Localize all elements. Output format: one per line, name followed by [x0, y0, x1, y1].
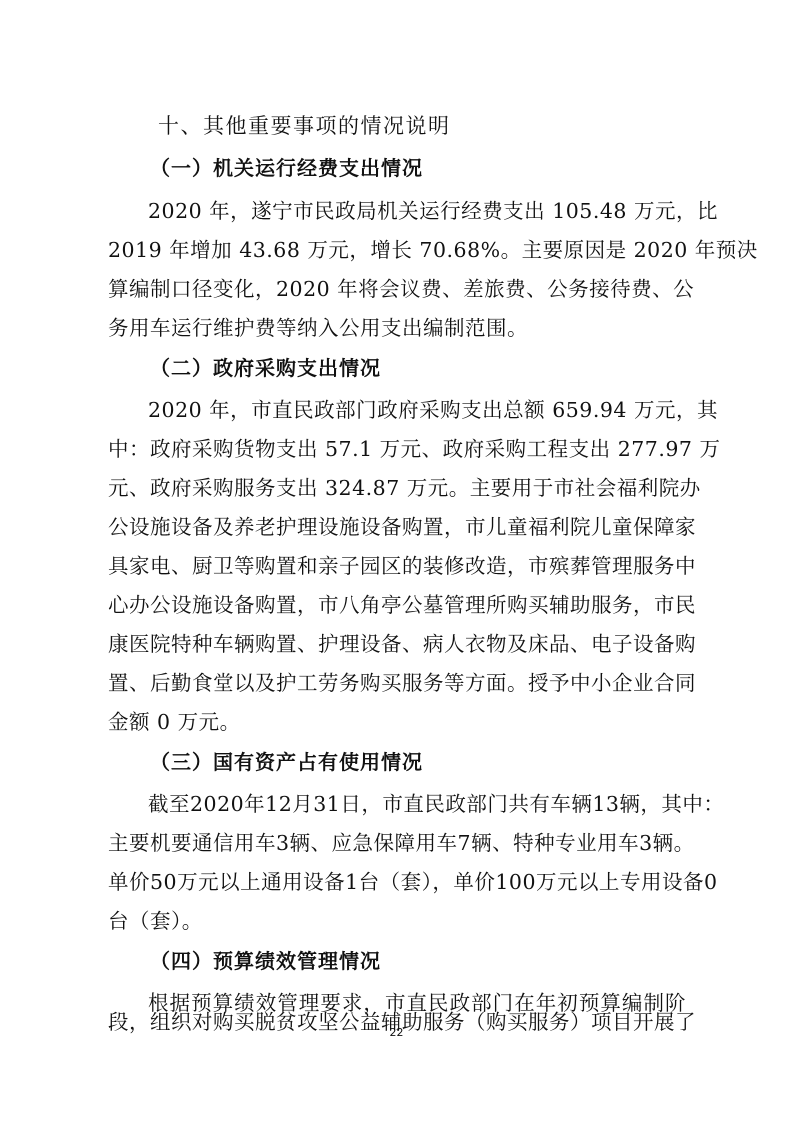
paragraph-line: 台（套）。 [108, 907, 686, 935]
paragraph-line: 元、政府采购服务支出 324.87 万元。主要用于市社会福利院办 [108, 474, 686, 502]
paragraph-line: 心办公设施设备购置，市八角亭公墓管理所购买辅助服务，市民 [108, 591, 686, 619]
document-page: 十、其他重要事项的情况说明 （一）机关运行经费支出情况 2020 年，遂宁市民政… [0, 0, 793, 1122]
section-title: 十、其他重要事项的情况说明 [158, 112, 451, 140]
paragraph-line: 公设施设备及养老护理设施设备购置，市儿童福利院儿童保障家 [108, 513, 686, 541]
paragraph-line: 截至2020年12月31日，市直民政部门共有车辆13辆，其中： [148, 790, 686, 818]
paragraph-line: 金额 0 万元。 [108, 708, 686, 736]
subsection-heading-4: （四）预算绩效管理情况 [150, 947, 381, 975]
subsection-heading-3: （三）国有资产占有使用情况 [150, 748, 423, 776]
paragraph-line: 单价50万元以上通用设备1台（套），单价100万元以上专用设备0 [108, 868, 686, 896]
paragraph-line: 主要机要通信用车3辆、应急保障用车7辆、特种专业用车3辆。 [108, 829, 686, 857]
paragraph-line: 2020 年，遂宁市民政局机关运行经费支出 105.48 万元，比 [148, 197, 686, 225]
paragraph-line: 具家电、厨卫等购置和亲子园区的装修改造，市殡葬管理服务中 [108, 552, 686, 580]
paragraph-line: 中：政府采购货物支出 57.1 万元、政府采购工程支出 277.97 万 [108, 435, 686, 463]
subsection-heading-2: （二）政府采购支出情况 [150, 354, 381, 382]
paragraph-line: 算编制口径变化，2020 年将会议费、差旅费、公务接待费、公 [108, 275, 686, 303]
paragraph-line: 2020 年，市直民政部门政府采购支出总额 659.94 万元，其 [148, 396, 686, 424]
paragraph-line: 2019 年增加 43.68 万元，增长 70.68%。主要原因是 2020 年… [108, 236, 686, 264]
subsection-heading-1: （一）机关运行经费支出情况 [150, 154, 423, 182]
page-number: 22 [0, 1026, 793, 1040]
paragraph-line: 务用车运行维护费等纳入公用支出编制范围。 [108, 314, 686, 342]
paragraph-line: 康医院特种车辆购置、护理设备、病人衣物及床品、电子设备购 [108, 630, 686, 658]
paragraph-line: 置、后勤食堂以及护工劳务购买服务等方面。授予中小企业合同 [108, 669, 686, 697]
